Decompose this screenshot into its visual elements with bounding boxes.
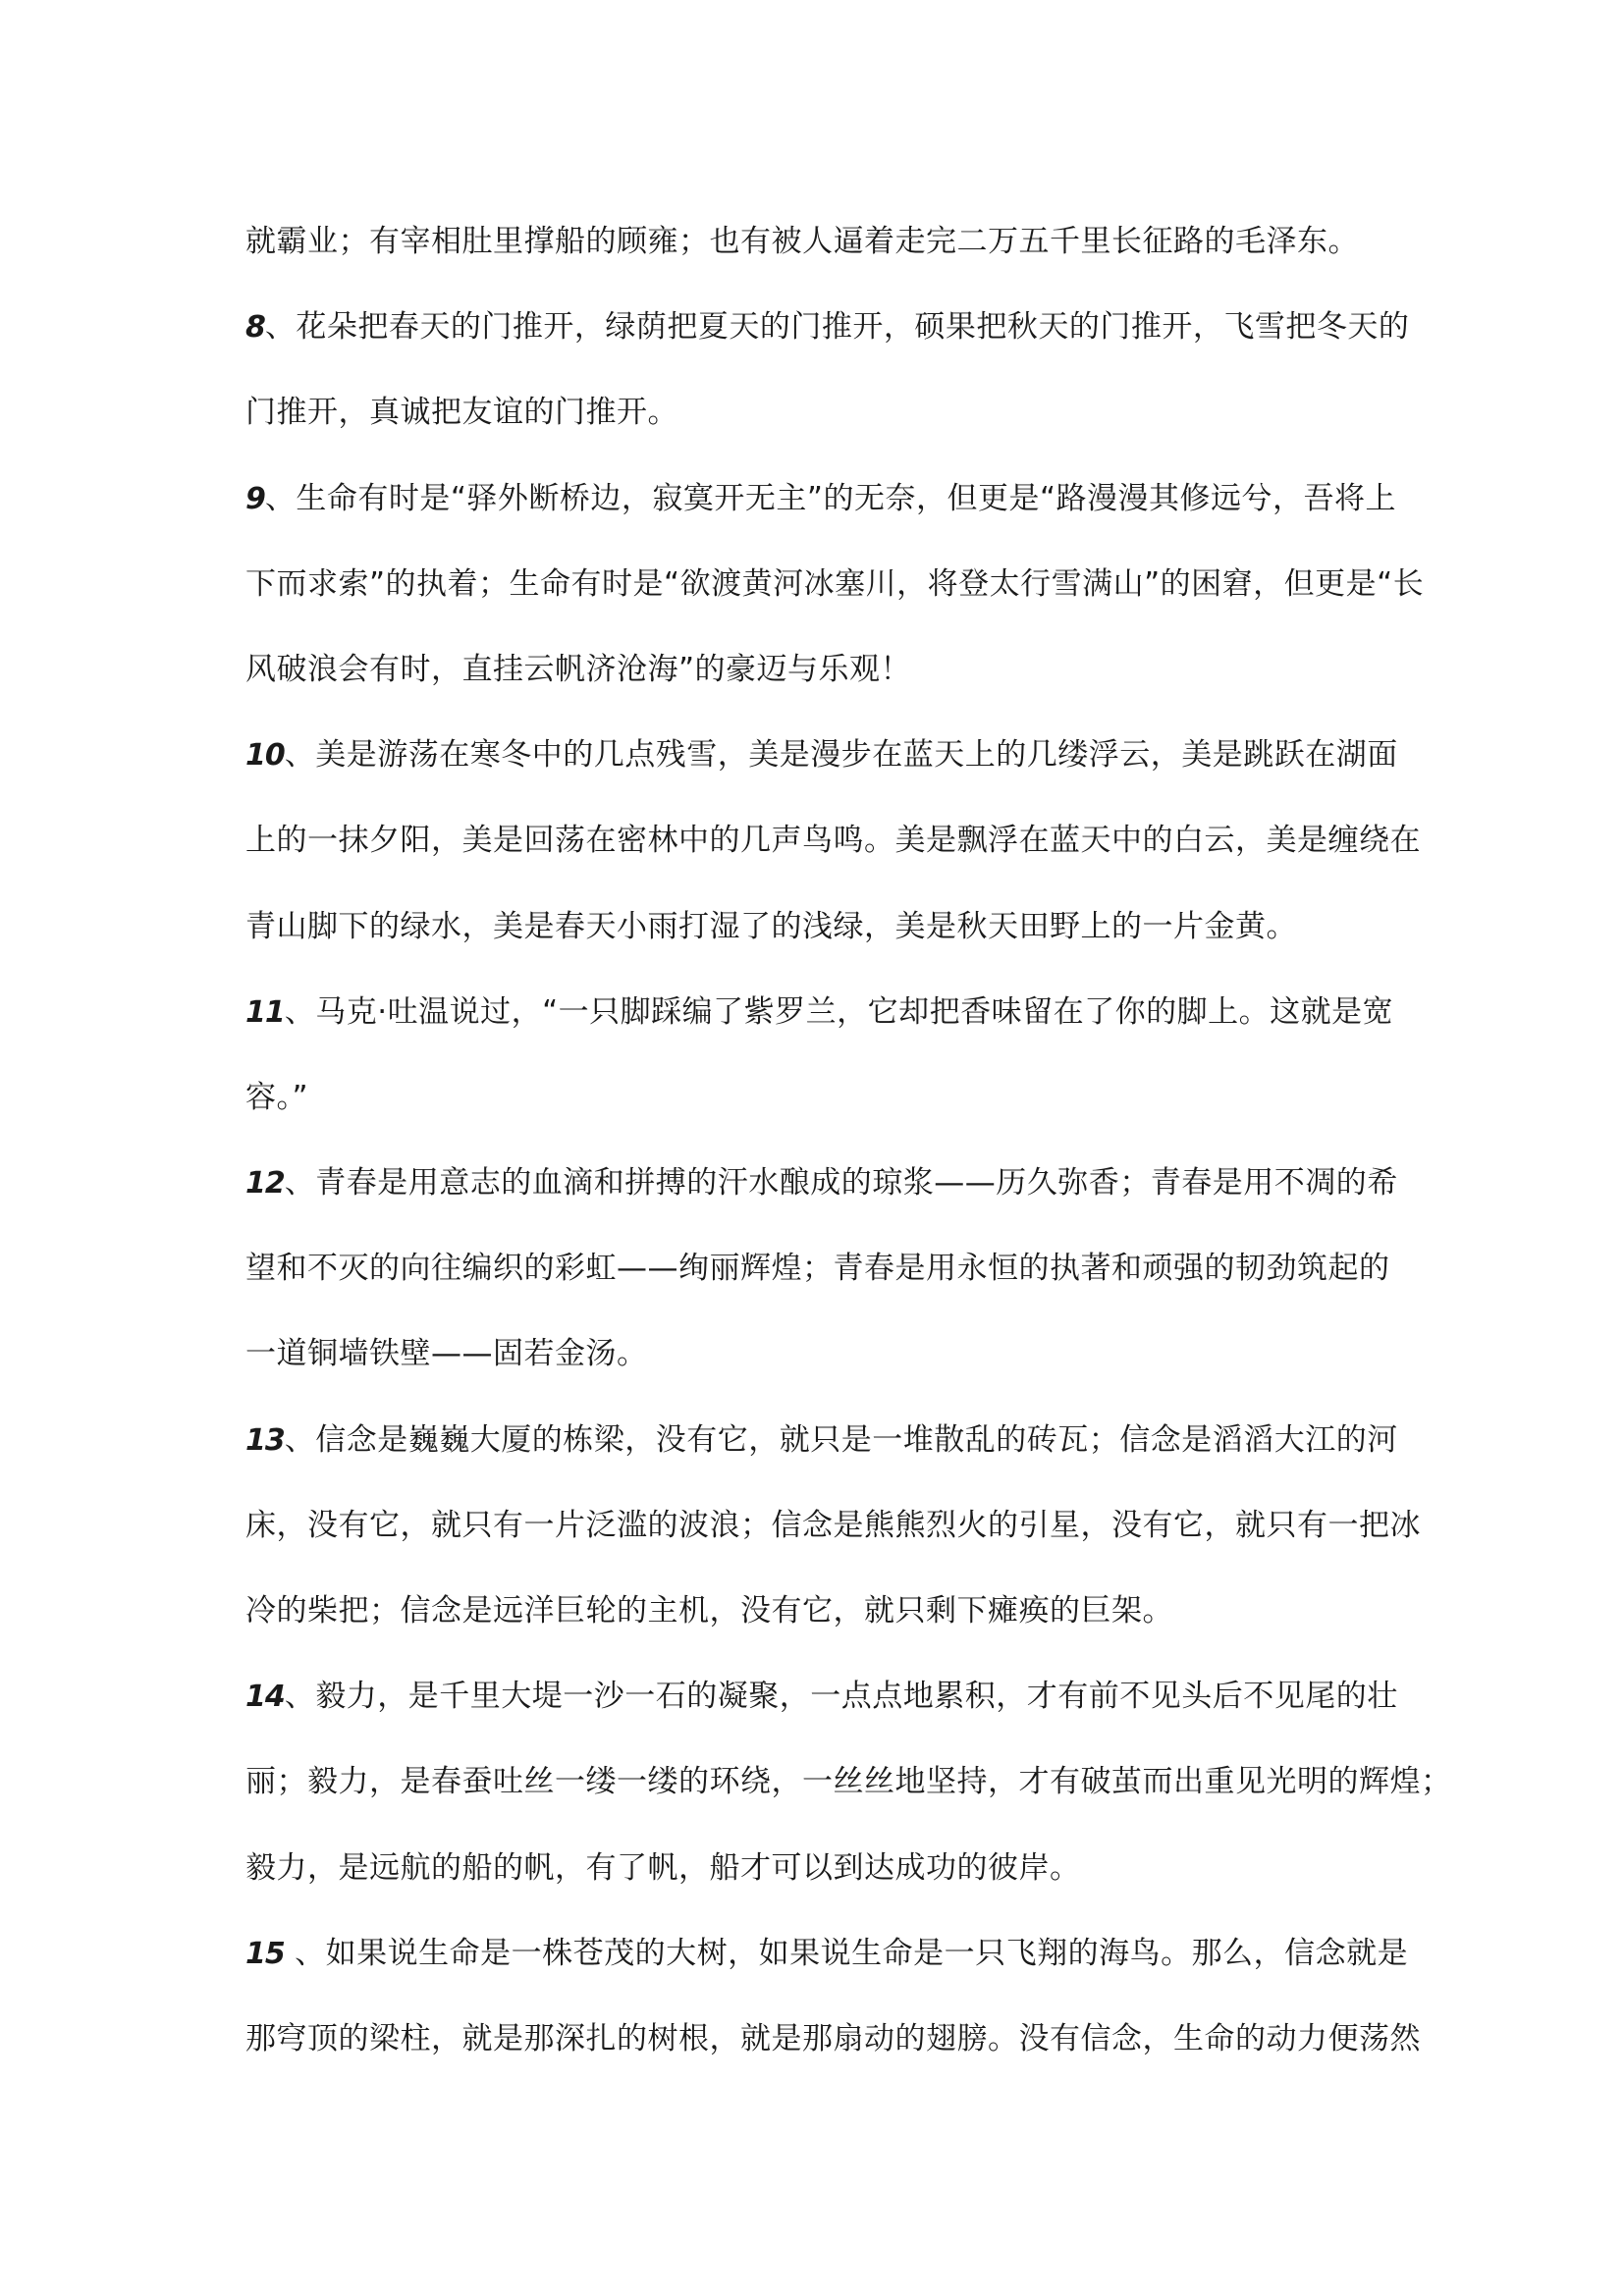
- line-text: 风破浪会有时，直挂云帆济沧海”的豪迈与乐观！: [245, 652, 911, 687]
- line-text: 、生命有时是“驿外断桥边，寂寞开无主”的无奈，但更是“路漫漫其修远兮，吾将上: [265, 481, 1396, 516]
- paragraph-number: 9: [245, 482, 265, 516]
- paragraph-12-line-2: 望和不灭的向往编织的彩虹——绚丽辉煌；青春是用永恒的执著和顽强的韧劲筑起的: [245, 1241, 1394, 1326]
- line-text: 望和不灭的向往编织的彩虹——绚丽辉煌；青春是用永恒的执著和顽强的韧劲筑起的: [245, 1251, 1390, 1286]
- line-text: 一道铜墙铁壁——固若金汤。: [245, 1336, 648, 1371]
- paragraph-11-line-2: 容。”: [245, 1070, 1394, 1155]
- line-text: 丽；毅力，是春蚕吐丝一缕一缕的环绕，一丝丝地坚持，才有破茧而出重见光明的辉煌；: [245, 1764, 1452, 1799]
- paragraph-9-line-2: 下而求索”的执着；生命有时是“欲渡黄河冰塞川，将登太行雪满山”的困窘，但更是“长: [245, 557, 1394, 642]
- paragraph-10-line-1: 10、美是游荡在寒冬中的几点残雪，美是漫步在蓝天上的几缕浮云，美是跳跃在湖面: [245, 727, 1394, 813]
- line-text: 、青春是用意志的血滴和拼搏的汗水酿成的琼浆——历久弥香；青春是用不凋的希: [285, 1165, 1398, 1201]
- line-text: 门推开，真诚把友谊的门推开。: [245, 395, 678, 430]
- paragraph-11-line-1: 11、马克·吐温说过，“一只脚踩编了紫罗兰，它却把香味留在了你的脚上。这就是宽: [245, 985, 1394, 1070]
- text-line: 就霸业；有宰相肚里撑船的顾雍；也有被人逼着走完二万五千里长征路的毛泽东。: [245, 214, 1394, 299]
- line-text: 上的一抹夕阳，美是回荡在密林中的几声鸟鸣。美是飘浮在蓝天中的白云，美是缠绕在: [245, 823, 1421, 858]
- paragraph-number: 8: [245, 310, 265, 345]
- paragraph-15-line-2: 那穹顶的梁柱，就是那深扎的树根，就是那扇动的翅膀。没有信念，生命的动力便荡然: [245, 2011, 1394, 2097]
- paragraph-8-line-2: 门推开，真诚把友谊的门推开。: [245, 385, 1394, 470]
- line-text: 床，没有它，就只有一片泛滥的波浪；信念是熊熊烈火的引星，没有它，就只有一把冰: [245, 1508, 1421, 1543]
- paragraph-14-line-1: 14、毅力，是千里大堤一沙一石的凝聚，一点点地累积，才有前不见头后不见尾的壮: [245, 1669, 1394, 1754]
- paragraph-13-line-1: 13、信念是巍巍大厦的栋梁，没有它，就只是一堆散乱的砖瓦；信念是滔滔大江的河: [245, 1413, 1394, 1498]
- line-text: 、毅力，是千里大堤一沙一石的凝聚，一点点地累积，才有前不见头后不见尾的壮: [285, 1679, 1398, 1714]
- paragraph-13-line-2: 床，没有它，就只有一片泛滥的波浪；信念是熊熊烈火的引星，没有它，就只有一把冰: [245, 1498, 1394, 1583]
- line-text: 、美是游荡在寒冬中的几点残雪，美是漫步在蓝天上的几缕浮云，美是跳跃在湖面: [285, 737, 1398, 773]
- line-text: 、如果说生命是一株苍茂的大树，如果说生命是一只飞翔的海鸟。那么，信念就是: [285, 1936, 1408, 1971]
- line-text: 就霸业；有宰相肚里撑船的顾雍；也有被人逼着走完二万五千里长征路的毛泽东。: [245, 224, 1359, 259]
- paragraph-number: 12: [245, 1166, 285, 1201]
- paragraph-15-line-1: 15 、如果说生命是一株苍茂的大树，如果说生命是一只飞翔的海鸟。那么，信念就是: [245, 1926, 1394, 2011]
- paragraph-number: 13: [245, 1423, 285, 1458]
- line-text: 那穹顶的梁柱，就是那深扎的树根，就是那扇动的翅膀。没有信念，生命的动力便荡然: [245, 2021, 1421, 2056]
- paragraph-12-line-3: 一道铜墙铁壁——固若金汤。: [245, 1326, 1394, 1412]
- paragraph-14-line-2: 丽；毅力，是春蚕吐丝一缕一缕的环绕，一丝丝地坚持，才有破茧而出重见光明的辉煌；: [245, 1754, 1394, 1840]
- line-text: 青山脚下的绿水，美是春天小雨打湿了的浅绿，美是秋天田野上的一片金黄。: [245, 909, 1297, 944]
- paragraph-10-line-3: 青山脚下的绿水，美是春天小雨打湿了的浅绿，美是秋天田野上的一片金黄。: [245, 899, 1394, 985]
- paragraph-9-line-1: 9、生命有时是“驿外断桥边，寂寞开无主”的无奈，但更是“路漫漫其修远兮，吾将上: [245, 471, 1394, 557]
- paragraph-number: 15: [245, 1937, 285, 1971]
- document-page: 就霸业；有宰相肚里撑船的顾雍；也有被人逼着走完二万五千里长征路的毛泽东。 8、花…: [245, 214, 1394, 2097]
- line-text: 冷的柴把；信念是远洋巨轮的主机，没有它，就只剩下瘫痪的巨架。: [245, 1593, 1173, 1629]
- paragraph-10-line-2: 上的一抹夕阳，美是回荡在密林中的几声鸟鸣。美是飘浮在蓝天中的白云，美是缠绕在: [245, 813, 1394, 898]
- line-text: 下而求索”的执着；生命有时是“欲渡黄河冰塞川，将登太行雪满山”的困窘，但更是“长: [245, 566, 1424, 602]
- paragraph-9-line-3: 风破浪会有时，直挂云帆济沧海”的豪迈与乐观！: [245, 642, 1394, 727]
- line-text: 容。”: [245, 1080, 308, 1115]
- paragraph-8-line-1: 8、花朵把春天的门推开，绿荫把夏天的门推开，硕果把秋天的门推开，飞雪把冬天的: [245, 299, 1394, 385]
- line-text: 、马克·吐温说过，“一只脚踩编了紫罗兰，它却把香味留在了你的脚上。这就是宽: [285, 994, 1393, 1030]
- line-text: 毅力，是远航的船的帆，有了帆，船才可以到达成功的彼岸。: [245, 1850, 1081, 1886]
- line-text: 、花朵把春天的门推开，绿荫把夏天的门推开，硕果把秋天的门推开，飞雪把冬天的: [265, 309, 1410, 345]
- paragraph-14-line-3: 毅力，是远航的船的帆，有了帆，船才可以到达成功的彼岸。: [245, 1841, 1394, 1926]
- paragraph-13-line-3: 冷的柴把；信念是远洋巨轮的主机，没有它，就只剩下瘫痪的巨架。: [245, 1583, 1394, 1669]
- paragraph-number: 11: [245, 995, 285, 1030]
- paragraph-12-line-1: 12、青春是用意志的血滴和拼搏的汗水酿成的琼浆——历久弥香；青春是用不凋的希: [245, 1155, 1394, 1241]
- paragraph-number: 14: [245, 1680, 285, 1714]
- paragraph-number: 10: [245, 738, 285, 773]
- line-text: 、信念是巍巍大厦的栋梁，没有它，就只是一堆散乱的砖瓦；信念是滔滔大江的河: [285, 1422, 1398, 1458]
